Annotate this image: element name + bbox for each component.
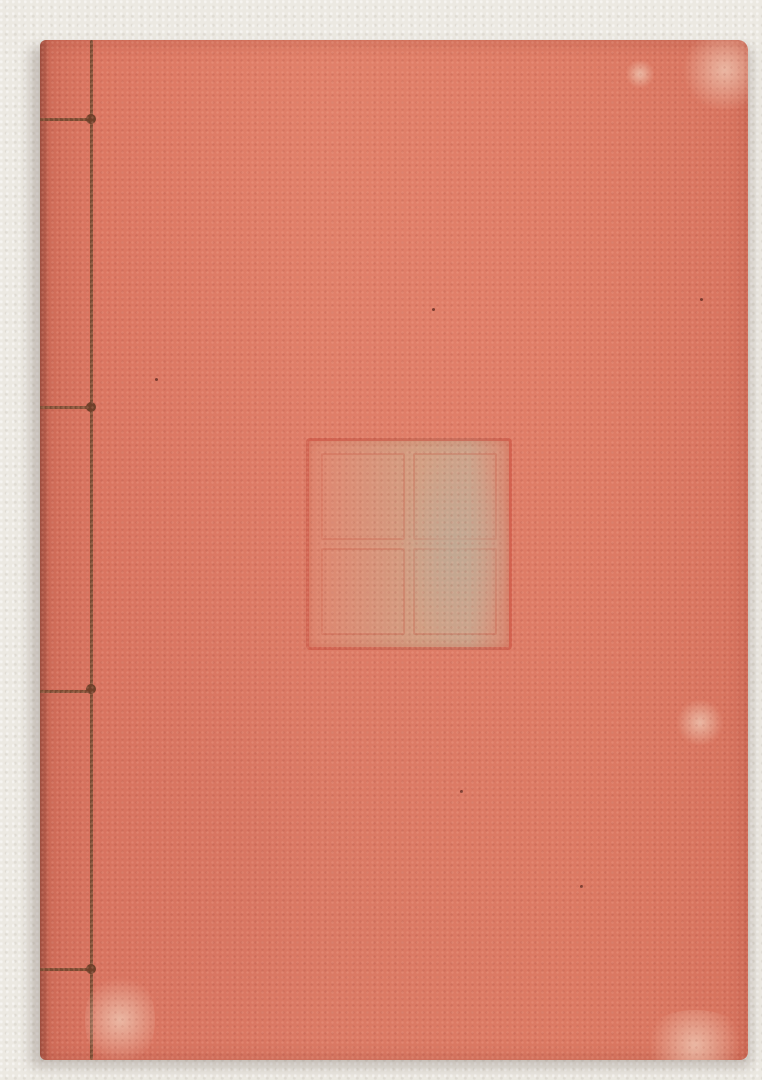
wear-spot-right xyxy=(675,700,725,745)
binding-knot-1 xyxy=(86,114,96,124)
speck xyxy=(432,308,435,311)
corner-wear-bottom-right xyxy=(640,1010,748,1060)
binding-knot-3 xyxy=(86,684,96,694)
corner-wear-top-right xyxy=(680,40,748,110)
speck xyxy=(155,378,158,381)
speck xyxy=(460,790,463,793)
binding-thread-stitch-3 xyxy=(40,690,92,693)
binding-knot-4 xyxy=(86,964,96,974)
seal-glyph xyxy=(321,453,405,540)
binding-knot-2 xyxy=(86,402,96,412)
binding-thread-stitch-1 xyxy=(40,118,92,121)
spine-fold xyxy=(40,40,50,1060)
speck xyxy=(580,885,583,888)
wear-spot xyxy=(625,60,655,88)
binding-thread-stitch-4 xyxy=(40,968,92,971)
binding-thread-stitch-2 xyxy=(40,406,92,409)
binding-thread-vertical xyxy=(90,40,93,1060)
book-cover xyxy=(40,40,748,1060)
seal-glyph xyxy=(321,548,405,635)
seal-stain xyxy=(400,454,510,644)
wear-spot-bottom-left xyxy=(85,970,155,1060)
speck xyxy=(700,298,703,301)
